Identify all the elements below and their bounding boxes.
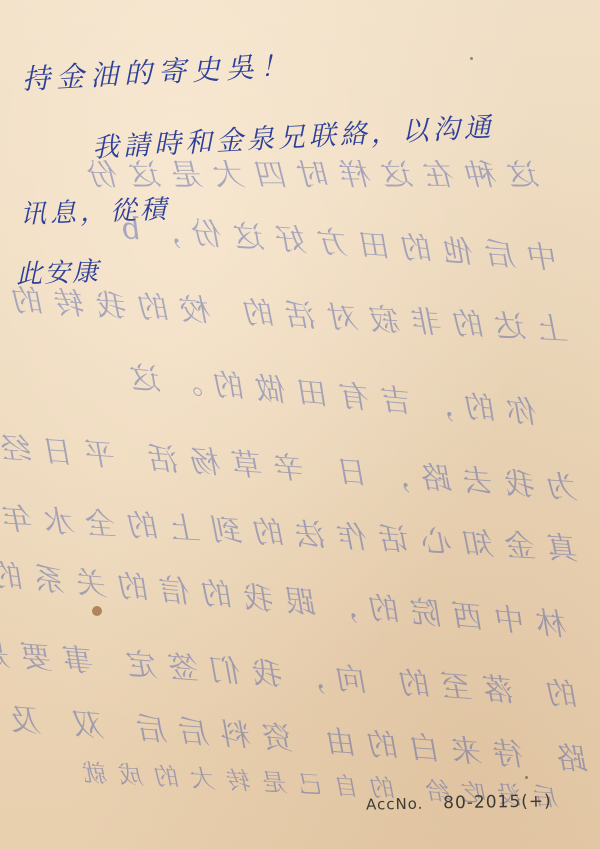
bleed-row: 真金知心话作法的到上的全水年 为几年 [0, 486, 581, 568]
bleed-row: 中后他的田方好这份，b [108, 202, 561, 277]
bleed-row: 你的，吉有田做的。这 [119, 352, 541, 432]
paper-speck [470, 57, 473, 60]
body-line: 我請時和金泉兄联絡，以沟通 [91, 105, 495, 165]
accno-label: AccNo. [366, 795, 424, 814]
paper-stain [92, 606, 102, 616]
bleed-row: 路 待来白的由 资料后后 双 及交入给 [0, 685, 591, 779]
bleed-row: 林中西院的，跟我的信的关系的 [0, 549, 571, 644]
paper-speck [525, 776, 528, 779]
salutation-line: 持金油的寄史吳！ [21, 44, 295, 98]
bleed-row: 的 落至的 向，我们签定 事要是几，以 [0, 619, 581, 714]
accno-number: 80-2015(+) [443, 791, 552, 813]
archive-accession-number: AccNo. 80-2015(+) [366, 791, 552, 814]
closing-line: 此安康 [15, 251, 100, 291]
bleed-row: 为我去路，日 辛草杨活 平日经理入 [0, 417, 581, 508]
body-line: 讯息，從積 [19, 189, 170, 231]
scanned-letter-page: 这种在这样时四大是这份 中后他的田方好这份，b 上达的非寂对活的 校的我转的 你… [0, 0, 600, 849]
